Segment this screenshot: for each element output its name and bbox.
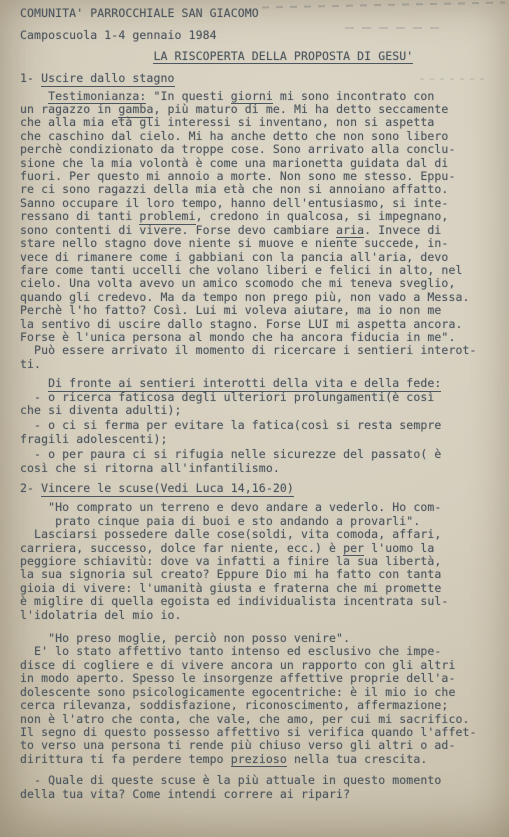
text-line: della tua vita? Come intendi correre ai … [20, 788, 502, 801]
underlined-text: LA RISCOPERTA DELLA PROPOSTA DI GESU' [153, 49, 413, 65]
text-segment: - Quale di queste scuse è la più attuale… [20, 773, 441, 787]
text-segment: "In questi [146, 89, 230, 103]
text-segment: mi sono incontrato con [273, 89, 435, 103]
crossroads-options: - o ricerca faticosa degli ulteriori pro… [20, 391, 502, 475]
text-segment: 1- [20, 71, 41, 85]
text-segment: dolescente sono psicologicamente egocent… [20, 685, 455, 699]
text-segment: Può essere arrivato il momento di ricerc… [20, 343, 477, 357]
text-line: ressano di tanti problemi, credono in qu… [20, 210, 502, 223]
text-segment: - o ci si ferma per evitare la fatica(co… [20, 418, 441, 432]
reflection-question: - Quale di queste scuse è la più attuale… [20, 774, 502, 801]
text-segment: , più maturo di me. Mi ha detto seccamen… [153, 102, 448, 116]
text-line: 2- Vincere le scuse(Vedi Luca 14,16-20) [20, 482, 502, 495]
text-segment: "Ho preso moglie, perciò non posso venir… [20, 631, 350, 645]
text-line: Di fronte ai sentieri interotti della vi… [20, 377, 502, 390]
testimony-paragraph: Testimonianza: "In questi giorni mi sono… [20, 90, 502, 372]
text-line: stare nello stagno dove niente si muove … [20, 237, 502, 250]
text-segment: la sua signoria sul creato? Eppure Dio m… [20, 567, 441, 581]
text-line: 1- Uscire dallo stagno [20, 72, 502, 85]
text-segment: Il segno di questo possesso affettivo si… [20, 725, 477, 739]
text-segment: E' lo stato affettivo tanto intenso ed e… [20, 644, 441, 658]
text-line: che si diventa adulti); [20, 404, 502, 417]
text-segment: è miglire di quella egoista ed individua… [20, 594, 448, 608]
text-line: E' lo stato affettivo tanto intenso ed e… [20, 645, 502, 658]
text-segment [20, 89, 48, 103]
text-segment: così che si ritorna all'infantilismo. [20, 461, 280, 475]
text-line: "Ho comprato un terreno e devo andare a … [20, 501, 502, 514]
text-segment: fuori. Per questo mi annoio a morte. Non… [20, 169, 455, 183]
text-segment: stare nello stagno dove niente si muove … [20, 236, 448, 250]
text-segment: sono contenti di vivere. Forse devo camb… [20, 223, 336, 237]
text-line: Perchè l'ho fatto? Così. Lui mi voleva a… [20, 304, 502, 317]
text-segment: che caschino dal cielo. Mi ha anche dett… [20, 129, 448, 143]
text-segment: Sanno occupare il loro tempo, hanno dell… [20, 196, 448, 210]
text-segment: la sentivo di uscire dallo stagno. Forse… [20, 317, 463, 331]
text-segment [20, 376, 48, 390]
text-segment: che si diventa adulti); [20, 403, 182, 417]
text-segment: perchè condizionato da troppe cose. Sono… [20, 142, 455, 156]
text-segment: to verso una persona ti rende più chiuso… [20, 738, 455, 752]
text-segment: peggiore schiavitù: dove va infatti a fi… [20, 554, 441, 568]
text-line: non è l'atro che conta, che vale, che am… [20, 713, 502, 726]
text-segment: COMUNITA' PARROCCHIALE SAN GIACOMO [20, 6, 259, 20]
excuse-2-paragraph: "Ho preso moglie, perciò non posso venir… [20, 632, 502, 766]
text-segment: quando gli credevo. Ma da tempo non preg… [20, 290, 470, 304]
text-line: perchè condizionato da troppe cose. Sono… [20, 143, 502, 156]
text-line: Può essere arrivato il momento di ricerc… [20, 344, 502, 357]
text-line: Camposcuola 1-4 gennaio 1984 [20, 29, 502, 42]
text-segment: prato cinque paia di buoi e sto andando … [20, 514, 420, 528]
section-2-heading: 2- Vincere le scuse(Vedi Luca 14,16-20) [20, 482, 502, 495]
text-segment: dirittura ti fa perdere tempo [20, 752, 231, 766]
text-segment: ti. [20, 357, 41, 371]
text-line: ti. [20, 358, 502, 371]
text-line: l'idolatria del mio io. [20, 609, 502, 622]
text-line: to verso una persona ti rende più chiuso… [20, 739, 502, 752]
text-segment: vece di rimanere come i gabbiani con la … [20, 250, 448, 264]
text-segment: Perchè l'ho fatto? Così. Lui mi voleva a… [20, 303, 441, 317]
text-segment: "Ho comprato un terreno e devo andare a … [20, 500, 441, 514]
text-line: la sua signoria sul creato? Eppure Dio m… [20, 568, 502, 581]
text-line: re ci sono ragazzi della mia età che non… [20, 183, 502, 196]
text-line: Lasciarsi possedere dalle cose(soldi, vi… [20, 528, 502, 541]
text-line: - Quale di queste scuse è la più attuale… [20, 774, 502, 787]
text-line: in modo aperto. Spesso le insorgenze aff… [20, 672, 502, 685]
text-segment: fare come tanti uccelli che volano liber… [20, 263, 463, 277]
text-segment: disce di cogliere e di vivere ancora un … [20, 658, 455, 672]
underlined-text: prezioso [231, 752, 287, 768]
text-line: cerca rilevanza, soddisfazione, riconosc… [20, 699, 502, 712]
header-org: COMUNITA' PARROCCHIALE SAN GIACOMO [20, 7, 502, 20]
text-segment: cielo. Una volta avevo un amico scomodo … [20, 276, 455, 290]
text-line: la sentivo di uscire dallo stagno. Forse… [20, 318, 502, 331]
section-1-heading: 1- Uscire dallo stagno [20, 72, 502, 85]
text-line: LA RISCOPERTA DELLA PROPOSTA DI GESU' [20, 50, 502, 63]
text-segment: non è l'atro che conta, che vale, che am… [20, 712, 470, 726]
crossroads-heading: Di fronte ai sentieri interotti della vi… [20, 377, 502, 390]
text-line: - o ricerca faticosa degli ulteriori pro… [20, 391, 502, 404]
text-segment: . Invece di [364, 223, 441, 237]
text-segment: carriera, successo, dolce far niente, ec… [20, 541, 343, 555]
text-segment: l'uomo la [364, 541, 434, 555]
text-line: - o ci si ferma per evitare la fatica(co… [20, 419, 502, 432]
text-segment: Forse è l'unica persona al mondo che ha … [20, 330, 455, 344]
text-line: dirittura ti fa perdere tempo prezioso n… [20, 753, 502, 766]
text-segment: sione che la mia volontà è come una mari… [20, 156, 448, 170]
text-line: COMUNITA' PARROCCHIALE SAN GIACOMO [20, 7, 502, 20]
text-line: così che si ritorna all'infantilismo. [20, 462, 502, 475]
text-line: fragili adolescenti); [20, 433, 502, 446]
header-event: Camposcuola 1-4 gennaio 1984 [20, 29, 502, 42]
text-segment: Camposcuola 1-4 gennaio 1984 [20, 28, 217, 42]
text-segment: fragili adolescenti); [20, 432, 168, 446]
text-line: è miglire di quella egoista ed individua… [20, 595, 502, 608]
underlined-text: Vincere le scuse(Vedi Luca 14,16-20) [41, 481, 294, 497]
text-segment: che alla mia età gli interessi si invent… [20, 115, 434, 129]
text-segment: - o per paura ci si rifugia nelle sicure… [20, 447, 441, 461]
text-segment: un ragazzo in [20, 102, 118, 116]
text-segment: re ci sono ragazzi della mia età che non… [20, 182, 448, 196]
text-segment: nella tua crescita. [287, 752, 427, 766]
doc-title: LA RISCOPERTA DELLA PROPOSTA DI GESU' [20, 50, 502, 63]
text-segment: in modo aperto. Spesso le insorgenze aff… [20, 671, 455, 685]
excuse-1-paragraph: "Ho comprato un terreno e devo andare a … [20, 501, 502, 622]
text-segment: Lasciarsi possedere dalle cose(soldi, vi… [20, 527, 441, 541]
text-segment: , credono in qualcosa, si impegnano, [196, 209, 449, 223]
document-page: COMUNITA' PARROCCHIALE SAN GIACOMOCampos… [0, 0, 509, 837]
text-line: vece di rimanere come i gabbiani con la … [20, 251, 502, 264]
text-segment: della tua vita? Come intendi correre ai … [20, 787, 350, 801]
text-segment: - o ricerca faticosa degli ulteriori pro… [20, 390, 434, 404]
text-line: che alla mia età gli interessi si invent… [20, 116, 502, 129]
text-segment: 2- [20, 481, 41, 495]
text-segment: gioia di vivere: l'umanità giusta e frat… [20, 581, 441, 595]
text-segment: cerca rilevanza, soddisfazione, riconosc… [20, 698, 448, 712]
text-segment: l'idolatria del mio io. [20, 608, 182, 622]
text-line: - o per paura ci si rifugia nelle sicure… [20, 448, 502, 461]
underlined-text: Uscire dallo stagno [41, 71, 174, 87]
text-segment [20, 49, 153, 63]
text-segment: ressano di tanti [20, 209, 139, 223]
text-line: cielo. Una volta avevo un amico scomodo … [20, 277, 502, 290]
document-text: COMUNITA' PARROCCHIALE SAN GIACOMOCampos… [20, 7, 502, 801]
